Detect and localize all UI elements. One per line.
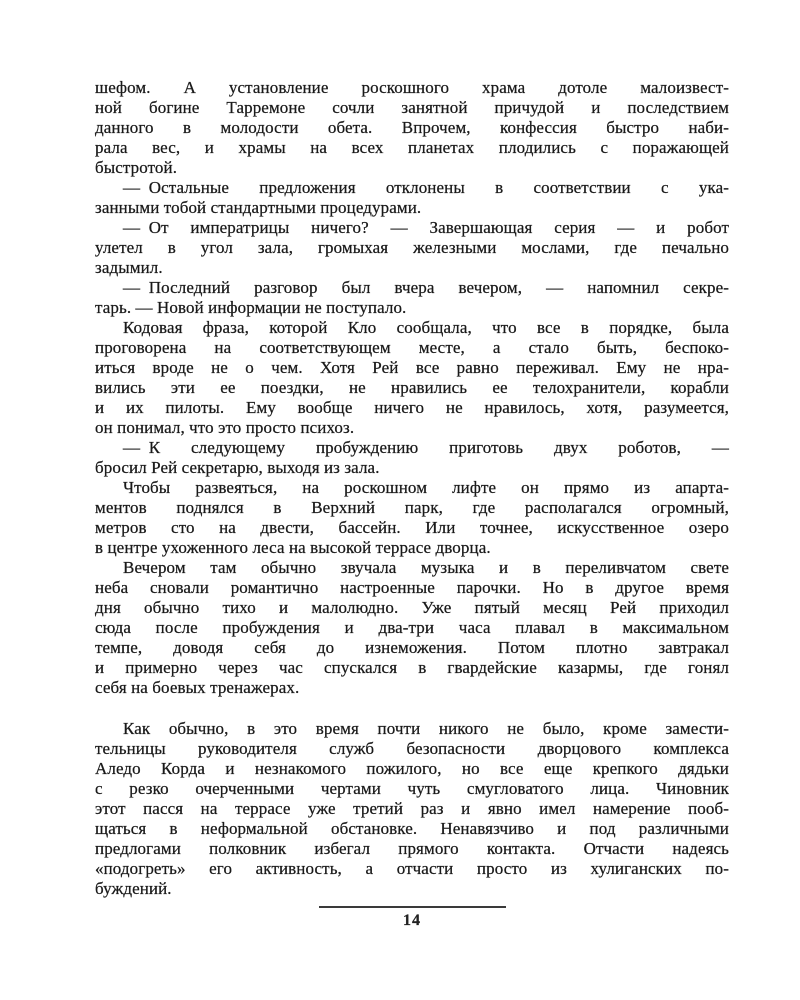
- text-line: быстротой.: [95, 158, 729, 178]
- text-line: иться вроде не о чем. Хотя Рей все равно…: [95, 358, 729, 378]
- paragraph: — Последний разговор был вчера вечером, …: [95, 278, 729, 318]
- paragraph: Кодовая фраза, которой Кло сообщала, что…: [95, 318, 729, 438]
- text-line: бросил Рей секретарю, выходя из зала.: [95, 458, 729, 478]
- text-line: сюда после пробуждения и два-три часа пл…: [95, 618, 729, 638]
- text-line: Кодовая фраза, которой Кло сообщала, что…: [95, 318, 729, 338]
- text-line: темпе, доводя себя до изнеможения. Потом…: [95, 638, 729, 658]
- text-line: вились эти ее поездки, не нравились ее т…: [95, 378, 729, 398]
- page-number: 14: [95, 911, 729, 931]
- text-line: — Остальные предложения отклонены в соот…: [95, 178, 729, 198]
- text-line: Аледо Корда и незнакомого пожилого, но в…: [95, 759, 729, 779]
- text-line: он понимал, что это просто психоз.: [95, 418, 729, 438]
- text-line: проговорена на соответствующем месте, а …: [95, 338, 729, 358]
- text-line: в центре ухоженного леса на высокой терр…: [95, 538, 729, 558]
- text-line: дня обычно тихо и малолюдно. Уже пятый м…: [95, 598, 729, 618]
- text-line: — От императрицы ничего? — Завершающая с…: [95, 218, 729, 238]
- text-line: занными тобой стандартными процедурами.: [95, 198, 729, 218]
- text-line: — К следующему пробуждению приготовь дву…: [95, 438, 729, 458]
- text-line: буждений.: [95, 879, 729, 899]
- paragraph: Как обычно, в это время почти никого не …: [95, 719, 729, 899]
- text-line: тарь. — Новой информации не поступало.: [95, 298, 729, 318]
- text-line: рала вес, и храмы на всех планетах плоди…: [95, 138, 729, 158]
- text-line: «подогреть» его активность, а отчасти пр…: [95, 859, 729, 879]
- text-line: — Последний разговор был вчера вечером, …: [95, 278, 729, 298]
- text-line: Вечером там обычно звучала музыка и в пе…: [95, 558, 729, 578]
- text-line: улетел в угол зала, громыхая железными м…: [95, 238, 729, 258]
- paragraph: шефом. А установление роскошного храма д…: [95, 78, 729, 178]
- text-line: и примерно через час спускался в гвардей…: [95, 658, 729, 678]
- paragraph: Чтобы развеяться, на роскошном лифте он …: [95, 478, 729, 558]
- text-line: задымил.: [95, 258, 729, 278]
- text-line: тельницы руководителя служб безопасности…: [95, 739, 729, 759]
- footer-divider: [319, 906, 506, 908]
- text-column: шефом. А установление роскошного храма д…: [95, 78, 729, 931]
- text-line: данного в молодости обета. Впрочем, конф…: [95, 118, 729, 138]
- text-line: и их пилоты. Ему вообще ничего не нравил…: [95, 398, 729, 418]
- text-line: этот пасся на террасе уже третий раз и я…: [95, 799, 729, 819]
- paragraph: — От императрицы ничего? — Завершающая с…: [95, 218, 729, 278]
- text-line: Чтобы развеяться, на роскошном лифте он …: [95, 478, 729, 498]
- text-line: метров сто на двести, бассейн. Или точне…: [95, 518, 729, 538]
- text-line: щаться в неформальной обстановке. Ненавя…: [95, 819, 729, 839]
- paragraphs-container: шефом. А установление роскошного храма д…: [95, 78, 729, 899]
- text-line: неба сновали романтично настроенные паро…: [95, 578, 729, 598]
- text-line: шефом. А установление роскошного храма д…: [95, 78, 729, 98]
- page-footer: 14: [95, 906, 729, 931]
- paragraph: Вечером там обычно звучала музыка и в пе…: [95, 558, 729, 698]
- book-page: шефом. А установление роскошного храма д…: [0, 0, 800, 1000]
- text-line: ной богине Тарремоне сочли занятной прич…: [95, 98, 729, 118]
- text-line: ментов поднялся в Верхний парк, где расп…: [95, 498, 729, 518]
- text-line: Как обычно, в это время почти никого не …: [95, 719, 729, 739]
- paragraph: — К следующему пробуждению приготовь дву…: [95, 438, 729, 478]
- text-line: с резко очерченными чертами чуть смуглов…: [95, 779, 729, 799]
- text-line: себя на боевых тренажерах.: [95, 678, 729, 698]
- paragraph: — Остальные предложения отклонены в соот…: [95, 178, 729, 218]
- text-line: предлогами полковник избегал прямого кон…: [95, 839, 729, 859]
